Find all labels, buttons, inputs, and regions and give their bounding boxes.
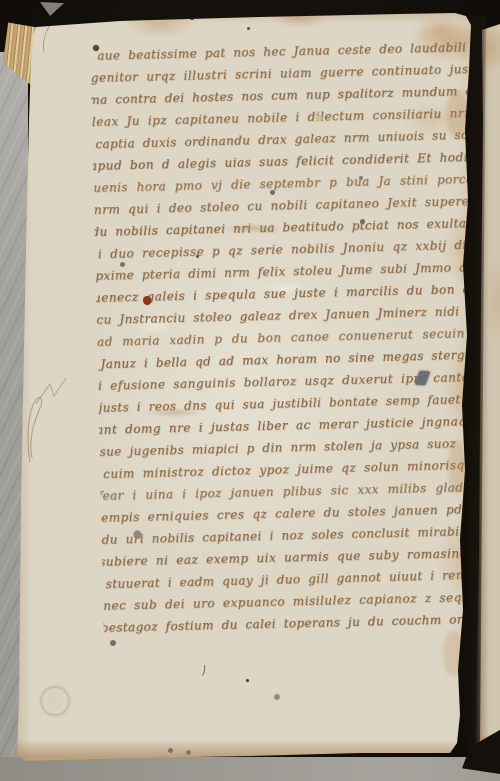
ink-spot	[196, 255, 199, 258]
wormhole-spot	[270, 190, 275, 195]
wormhole-spot	[134, 531, 141, 538]
manuscript-page: aue beatissime pat nos hec Janua ceste d…	[0, 0, 500, 781]
wormhole-spot	[168, 748, 173, 753]
table-surface-bottom	[0, 757, 500, 781]
wormhole-spot	[274, 694, 280, 700]
faded-corner-inscription	[413, 15, 467, 45]
pen-mark-arc	[40, 19, 65, 60]
wormhole-spot	[359, 176, 363, 180]
ink-spot	[93, 45, 99, 51]
ink-smudge	[222, 224, 286, 233]
pen-mark-tick	[198, 663, 207, 678]
edge-stain	[446, 90, 468, 138]
wormhole-spot	[110, 640, 116, 646]
ink-spot	[247, 27, 250, 30]
ink-spot	[190, 16, 194, 20]
wormhole-spot	[360, 219, 365, 224]
photo-backdrop: aue beatissime pat nos hec Janua ceste d…	[0, 0, 500, 781]
blind-stamp-mark	[40, 686, 70, 716]
wormhole-spot	[186, 750, 191, 755]
backdrop-triangle	[40, 2, 64, 16]
wax-spot	[316, 115, 322, 121]
ink-spot	[246, 679, 249, 682]
manuscript-text-block: aue beatissime pat nos hec Janua ceste d…	[90, 36, 488, 645]
ink-smudge	[146, 408, 204, 417]
margin-doodle	[16, 370, 72, 470]
wormhole-spot	[120, 262, 125, 267]
red-ink-blot	[143, 296, 151, 305]
edge-stain	[448, 440, 466, 494]
